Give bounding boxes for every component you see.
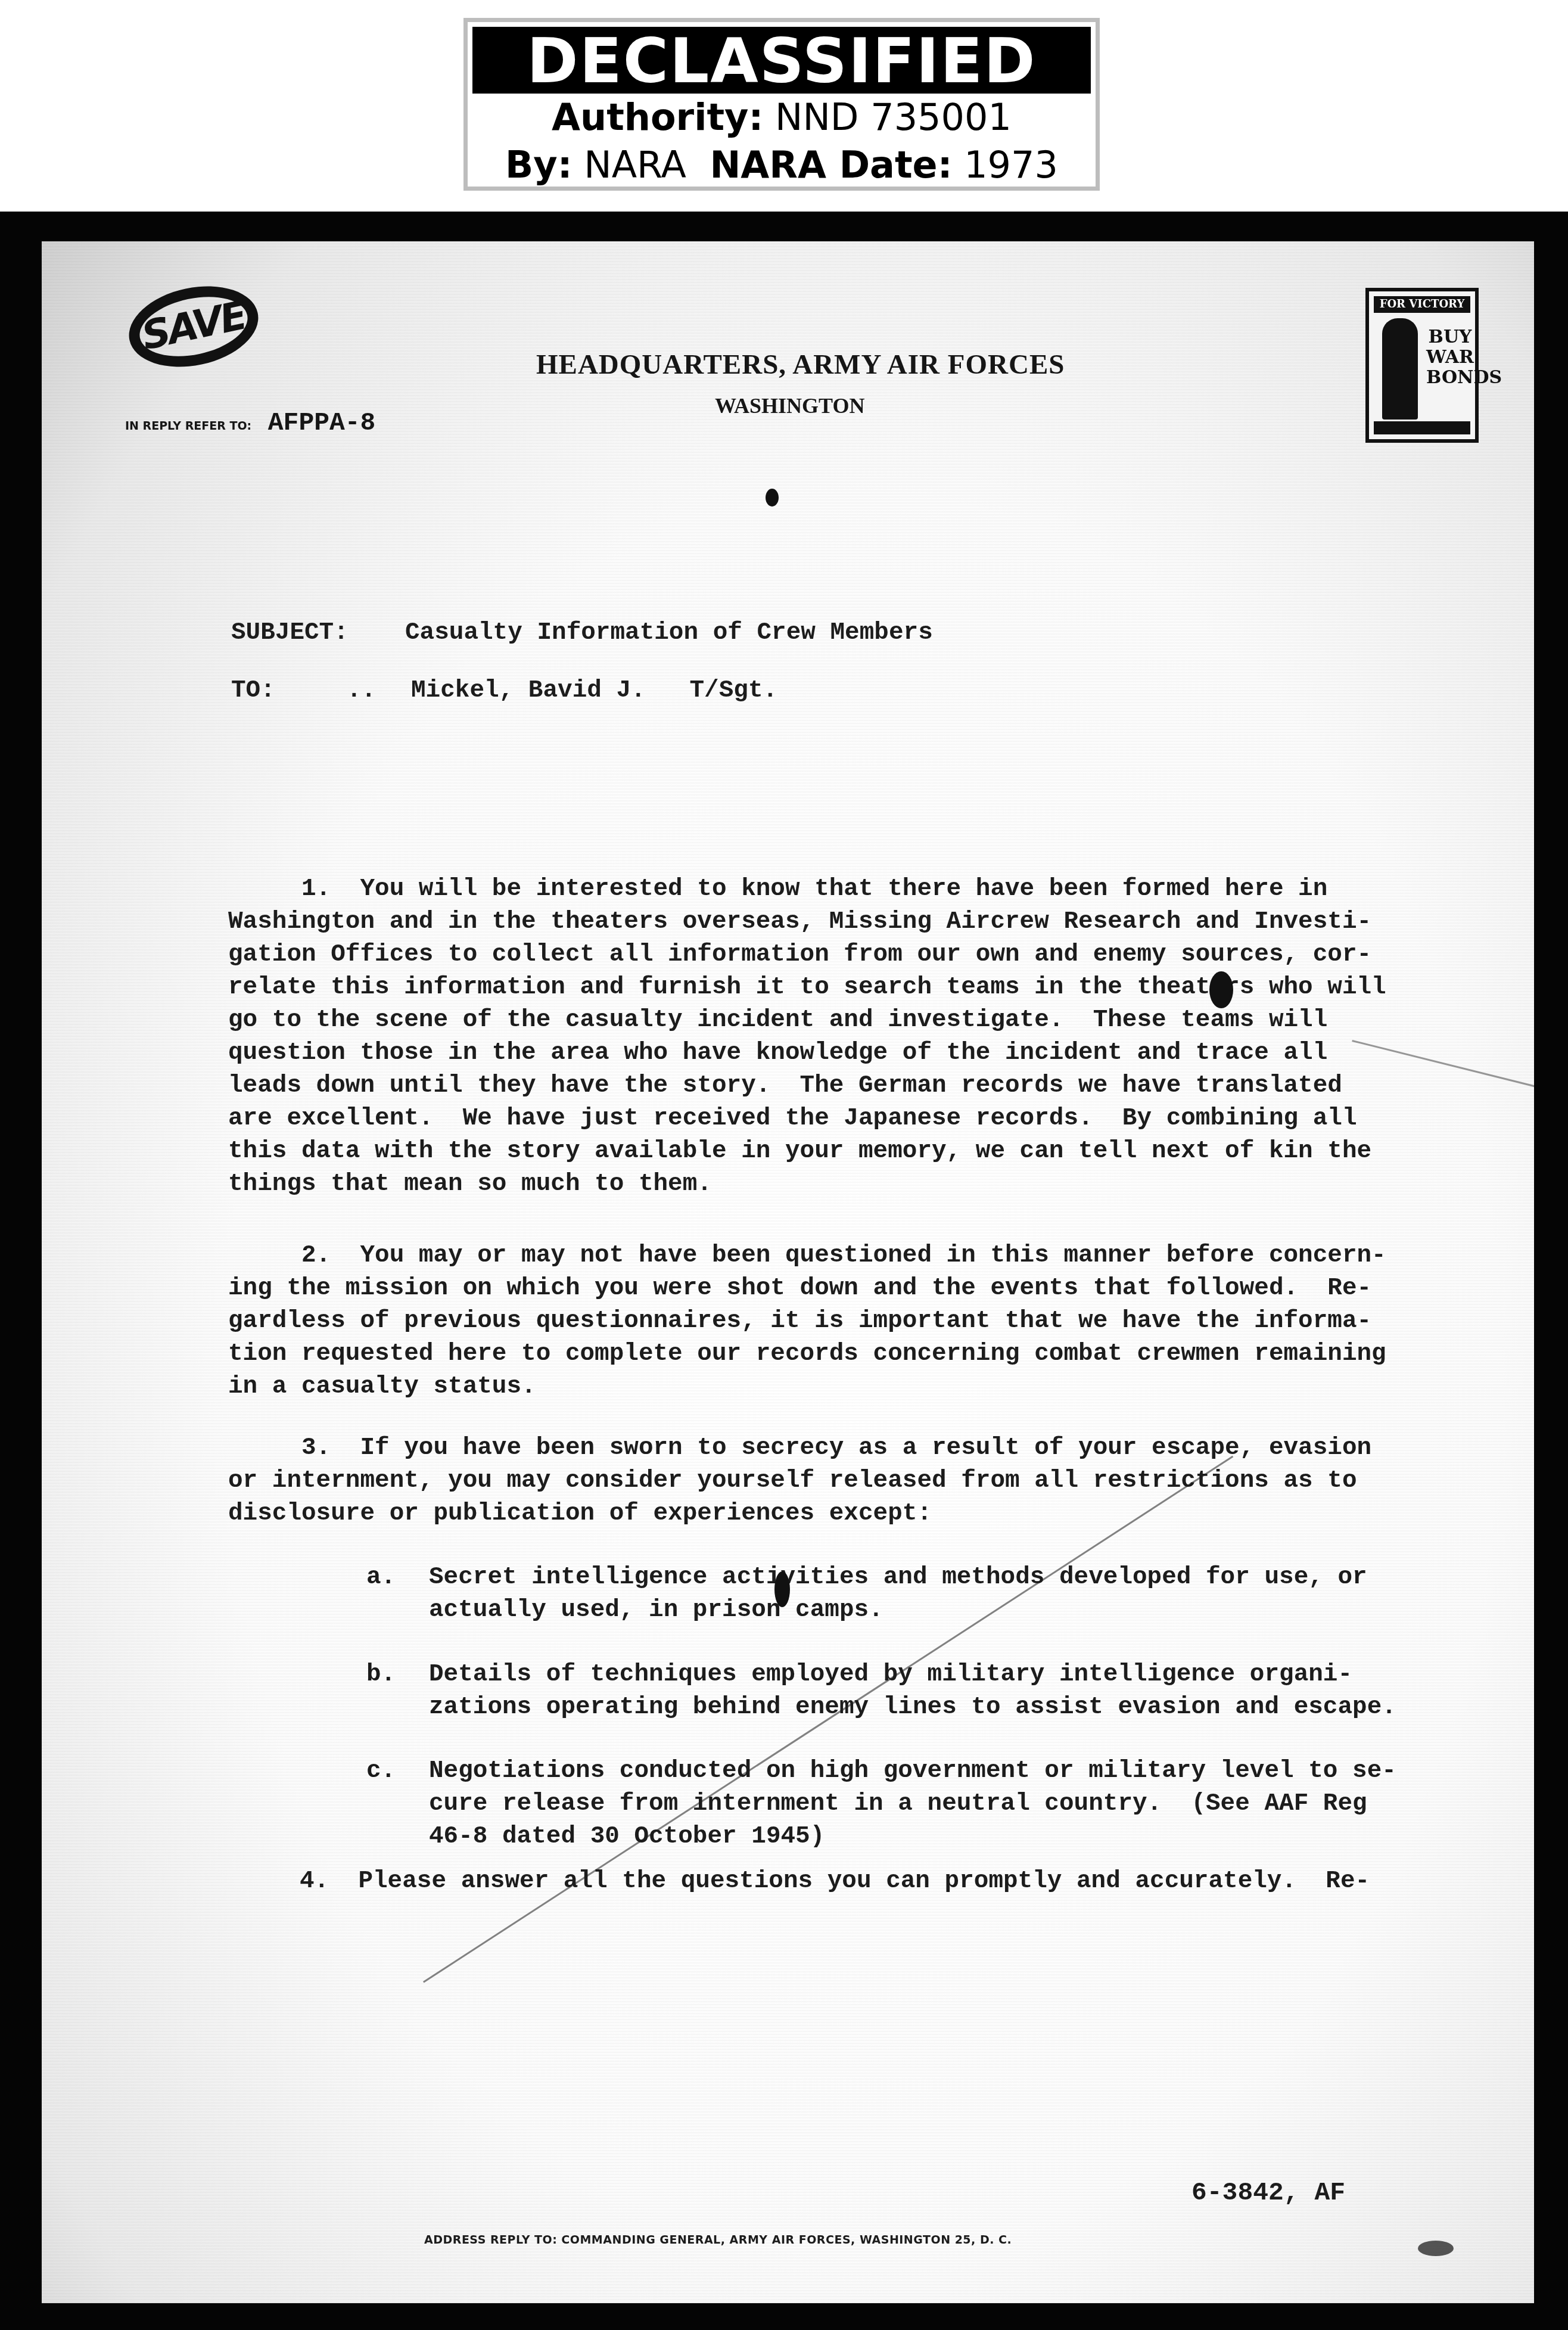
text-line: Washington and in the theaters overseas,…	[228, 906, 1534, 939]
reply-reference-label: IN REPLY REFER TO:	[125, 420, 251, 433]
to-label: TO:	[231, 675, 275, 707]
ink-blot	[1418, 2241, 1454, 2256]
exception-marker: a.	[366, 1561, 396, 1594]
text-line: gation Offices to collect all informatio…	[228, 939, 1534, 971]
exception-marker: c.	[366, 1755, 396, 1788]
text-line: or internment, you may consider yourself…	[228, 1465, 1534, 1498]
subject-value: Casualty Information of Crew Members	[405, 617, 933, 650]
ink-blot	[774, 1571, 790, 1607]
reply-address: ADDRESS REPLY TO: COMMANDING GENERAL, AR…	[424, 2233, 1012, 2247]
paragraph-4: 4. Please answer all the questions you c…	[300, 1865, 1370, 1898]
exception-marker: b.	[366, 1658, 396, 1691]
stamp-date-value: 1973	[964, 143, 1058, 187]
ink-blot	[766, 489, 779, 507]
text-line: 1. You will be interested to know that t…	[228, 873, 1534, 906]
stamp-authority-value: NND 735001	[775, 95, 1012, 139]
text-line: ing the mission on which you were shot d…	[228, 1272, 1534, 1305]
text-line: this data with the story available in yo…	[228, 1135, 1534, 1168]
poster-word: BUY	[1426, 327, 1474, 347]
stamp-by-date: By: NARA NARA Date: 1973	[468, 141, 1096, 189]
form-number: 6-3842, AF	[1191, 2178, 1345, 2207]
poster-base	[1374, 421, 1470, 434]
reply-reference-code: AFPPA-8	[268, 408, 376, 437]
text-line: 3. If you have been sworn to secrecy as …	[228, 1432, 1534, 1465]
stamp-date-label: NARA Date:	[710, 143, 952, 187]
text-line: tion requested here to complete our reco…	[228, 1338, 1534, 1371]
text-line: 4. Please answer all the questions you c…	[300, 1865, 1370, 1898]
text-line: 46-8 dated 30 October 1945)	[429, 1820, 1396, 1853]
poster-word: BONDS	[1426, 368, 1474, 388]
text-line: Secret intelligence activities and metho…	[429, 1561, 1367, 1594]
text-line: gardless of previous questionnaires, it …	[228, 1305, 1534, 1338]
stamp-by-value: NARA	[584, 143, 686, 187]
text-line: are excellent. We have just received the…	[228, 1102, 1534, 1135]
poster-band: FOR VICTORY	[1374, 296, 1470, 313]
subject-label: SUBJECT:	[231, 617, 349, 650]
exception-text: Details of techniques employed by milita…	[429, 1658, 1396, 1724]
text-line: 2. You may or may not have been question…	[228, 1239, 1534, 1272]
text-line: actually used, in prison camps.	[429, 1594, 1367, 1627]
text-line: leads down until they have the story. Th…	[228, 1070, 1534, 1102]
text-line: zations operating behind enemy lines to …	[429, 1691, 1396, 1724]
text-line: relate this information and furnish it t…	[228, 971, 1534, 1004]
stamp-authority-label: Authority:	[552, 95, 763, 139]
poster-words: BUY WAR BONDS	[1426, 327, 1474, 388]
text-line: Negotiations conducted on high governmen…	[429, 1755, 1396, 1788]
text-line: question those in the area who have know…	[228, 1037, 1534, 1070]
soldier-figure-icon	[1382, 318, 1418, 420]
to-mark: ..	[347, 675, 376, 707]
ink-blot	[1209, 971, 1233, 1008]
declassification-stamp: DECLASSIFIED Authority: NND 735001 By: N…	[463, 18, 1100, 191]
text-line: go to the scene of the casualty incident…	[228, 1004, 1534, 1037]
save-logo-icon: SAVE	[122, 275, 266, 378]
letterhead-organization: HEADQUARTERS, ARMY AIR FORCES	[536, 349, 1065, 381]
paragraph-3: 3. If you have been sworn to secrecy as …	[228, 1432, 1534, 1530]
stamp-by-label: By:	[505, 143, 572, 187]
text-line: in a casualty status.	[228, 1371, 1534, 1403]
text-line: disclosure or publication of experiences…	[228, 1498, 1534, 1530]
reply-reference: IN REPLY REFER TO: AFPPA-8	[125, 408, 375, 437]
text-line: things that mean so much to them.	[228, 1168, 1534, 1201]
exception-text: Negotiations conducted on high governmen…	[429, 1755, 1396, 1853]
recipient-name: Mickel, Bavid J. T/Sgt.	[411, 675, 777, 707]
text-line: cure release from internment in a neutra…	[429, 1788, 1396, 1820]
letterhead-city: WASHINGTON	[715, 393, 864, 418]
paragraph-1: 1. You will be interested to know that t…	[228, 873, 1534, 1201]
stamp-authority: Authority: NND 735001	[468, 94, 1096, 141]
stamp-title: DECLASSIFIED	[472, 27, 1091, 94]
war-bonds-poster-icon: FOR VICTORY BUY WAR BONDS	[1365, 288, 1479, 443]
paragraph-2: 2. You may or may not have been question…	[228, 1239, 1534, 1403]
poster-word: WAR	[1426, 347, 1474, 368]
document-page: SAVE FOR VICTORY BUY WAR BONDS HEADQUART…	[42, 241, 1534, 2303]
exception-text: Secret intelligence activities and metho…	[429, 1561, 1367, 1627]
